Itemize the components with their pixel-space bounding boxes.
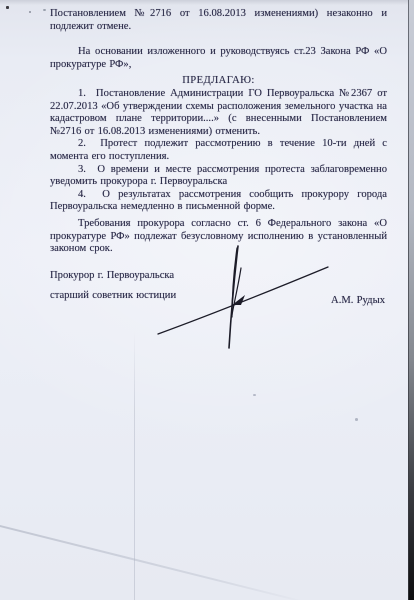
handwritten-signature bbox=[150, 235, 340, 357]
paper-crease-diagonal bbox=[0, 520, 310, 600]
section-heading-predlagayu: ПРЕДЛАГАЮ: bbox=[50, 75, 387, 88]
scan-speck bbox=[355, 418, 358, 421]
list-item-4: 4. О результатах рассмотрения сообщить п… bbox=[50, 189, 387, 214]
scanned-document-page: Постановлением №2716 от 16.08.2013 измен… bbox=[0, 0, 414, 600]
scan-speck bbox=[253, 394, 256, 396]
scan-top-shadow bbox=[0, 0, 414, 5]
scan-speck bbox=[29, 11, 31, 13]
scan-background-edge bbox=[409, 0, 414, 600]
list-item-3: 3. О времени и месте рассмотрения протес… bbox=[50, 164, 387, 189]
list-item-2: 2. Протест подлежит рассмотрению в течен… bbox=[50, 138, 387, 163]
paragraph-legal-basis: На основании изложенного и руководствуяс… bbox=[50, 46, 387, 71]
scan-speck bbox=[43, 9, 46, 11]
list-item-1: 1. Постановление Администрации ГО Первоу… bbox=[50, 88, 387, 138]
paragraph-intro-continuation: Постановлением №2716 от 16.08.2013 измен… bbox=[50, 8, 387, 33]
scan-speck bbox=[6, 6, 9, 9]
